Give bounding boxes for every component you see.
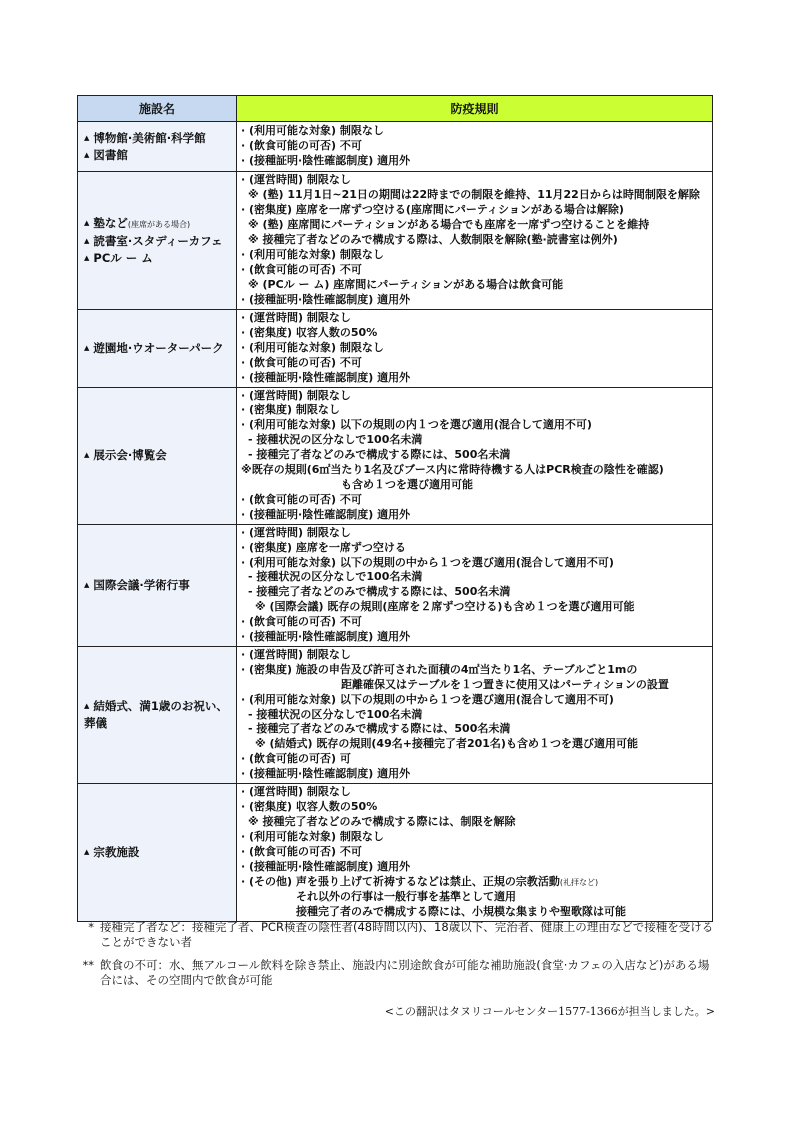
rule-line: ※既存の規則(6㎡当たり1名及びブース内に常時待機する人はPCR検査の陰性を確認… — [241, 463, 708, 478]
rule-text: ※ (結婚式) 既存の規則(49名+接種完了者201名)も含め１つを選び適用可能 — [255, 737, 638, 750]
facility-name: ▲図書館 — [84, 147, 236, 164]
rule-text: - 接種完了者などのみで構成する際には、500名未満 — [248, 585, 510, 598]
rule-text: ※既存の規則(6㎡当たり1名及びブース内に常時待機する人はPCR検査の陰性を確認… — [241, 463, 664, 476]
table-row: ▲国際会議·学術行事· (運営時間) 制限なし· (密集度) 座席を一席ずつ空け… — [78, 524, 713, 646]
rule-text: · (運営時間) 制限なし — [241, 389, 351, 402]
rule-text: · (運営時間) 制限なし — [241, 785, 351, 798]
translation-credit: <この翻訳はタヌリコールセンター1577-1366が担当しました。> — [385, 1003, 715, 1019]
rule-text: 距離確保又はテーブルを１つ置きに使用又はパーティションの設置 — [341, 678, 669, 691]
rule-text: それ以外の行事は一般行事を基準として適用 — [296, 890, 516, 903]
triangle-bullet-icon: ▲ — [84, 134, 89, 142]
rule-line: も含め１つを選び適用可能 — [241, 478, 708, 493]
triangle-bullet-icon: ▲ — [84, 254, 89, 262]
facility-label: 読書室·スタディーカフェ — [93, 234, 222, 248]
facility-label: 遊園地·ウオーターパーク — [93, 341, 223, 355]
rule-line: · (利用可能な対象) 以下の規則の中から１つを選び適用(混合して適用不可) — [241, 693, 708, 708]
facility-name: ▲遊園地·ウオーターパーク — [84, 340, 236, 357]
rule-text: · (飲食可能の可否) 不可 — [241, 356, 362, 369]
rule-line: ※ (結婚式) 既存の規則(49名+接種完了者201名)も含め１つを選び適用可能 — [241, 737, 708, 752]
rule-text: · (利用可能な対象) 制限なし — [241, 124, 384, 137]
rule-text: ※ 接種完了者などのみで構成する際は、人数制限を解除(塾·読書室は例外) — [248, 233, 618, 246]
rule-line: · (飲食可能の可否) 不可 — [241, 493, 708, 508]
facility-label: 宗教施設 — [93, 845, 139, 859]
footnote-mark: * — [78, 920, 94, 950]
rule-line: · (飲食可能の可否) 可 — [241, 752, 708, 767]
footnotes: * 接種完了者など：接種完了者、PCR検査の陰性者(48時間以内)、18歳以下、… — [78, 920, 718, 996]
rule-text: · (飲食可能の可否) 不可 — [241, 493, 362, 506]
rule-text: · (飲食可能の可否) 可 — [241, 752, 351, 765]
rule-text: - 接種完了者などのみで構成する際には、500名未満 — [248, 722, 510, 735]
facility-name: ▲読書室·スタディーカフェ — [84, 233, 236, 250]
facility-cell: ▲博物館·美術館·科学館▲図書館 — [78, 122, 237, 172]
facility-name: ▲展示会·博覧会 — [84, 447, 236, 464]
rule-text: - 接種完了者などのみで構成する際には、500名未満 — [248, 448, 510, 461]
table-header-row: 施設名 防疫規則 — [78, 96, 713, 122]
rule-line: · (飲食可能の可否) 不可 — [241, 845, 708, 860]
triangle-bullet-icon: ▲ — [84, 344, 89, 352]
rule-line: - 接種完了者などのみで構成する際には、500名未満 — [241, 448, 708, 463]
rule-text: · (接種証明·陰性確認制度) 適用外 — [241, 154, 410, 167]
table-row: ▲博物館·美術館·科学館▲図書館· (利用可能な対象) 制限なし· (飲食可能の… — [78, 122, 713, 172]
facility-name: ▲博物館·美術館·科学館 — [84, 130, 236, 147]
rule-line: · (接種証明·陰性確認制度) 適用外 — [241, 508, 708, 523]
rule-text: · (接種証明·陰性確認制度) 適用外 — [241, 508, 410, 521]
rule-line: · (飲食可能の可否) 不可 — [241, 356, 708, 371]
rule-line: · (密集度) 施設の申告及び許可された面積の4㎡当たり1名、テーブルごと1mの — [241, 663, 708, 678]
facility-name: ▲塾など(座席がある場合) — [84, 215, 236, 233]
triangle-bullet-icon: ▲ — [84, 219, 89, 227]
rule-line: · (密集度) 座席を一席ずつ空ける(座席間にパーティションがある場合は解除) — [241, 203, 708, 218]
rule-text: · (飲食可能の可否) 不可 — [241, 615, 362, 628]
rule-line: · (接種証明·陰性確認制度) 適用外 — [241, 860, 708, 875]
table-row: ▲展示会·博覧会· (運営時間) 制限なし· (密集度) 制限なし· (利用可能… — [78, 387, 713, 524]
table-row: ▲塾など(座席がある場合)▲読書室·スタディーカフェ▲PCル ー ム· (運営時… — [78, 172, 713, 310]
rule-line: 距離確保又はテーブルを１つ置きに使用又はパーティションの設置 — [241, 678, 708, 693]
rule-text: 接種完了者のみで構成する際には、小規模な集まりや聖歌隊は可能 — [296, 905, 626, 918]
rule-line: それ以外の行事は一般行事を基準として適用 — [241, 890, 708, 905]
rule-text: ※ 接種完了者などのみで構成する際には、制限を解除 — [248, 815, 516, 828]
footnote-vaccinated: * 接種完了者など：接種完了者、PCR検査の陰性者(48時間以内)、18歳以下、… — [78, 920, 718, 950]
facility-label: 塾など — [93, 216, 128, 230]
rule-text: ※ (国際会議) 既存の規則(座席を２席ずつ空ける)も含め１つを選び適用可能 — [255, 600, 634, 613]
triangle-bullet-icon: ▲ — [84, 848, 89, 856]
rule-line: · (利用可能な対象) 制限なし — [241, 830, 708, 845]
rule-line: · (接種証明·陰性確認制度) 適用外 — [241, 293, 708, 308]
facility-label: 展示会·博覧会 — [93, 448, 166, 462]
facility-cell: ▲宗教施設 — [78, 784, 237, 922]
rule-line: ※ (塾) 座席間にパーティションがある場合でも座席を一席ずつ空けることを維持 — [241, 218, 708, 233]
rule-text: · (利用可能な対象) 以下の規則の内１つを選び適用(混合して適用不可) — [241, 418, 592, 431]
triangle-bullet-icon: ▲ — [84, 581, 89, 589]
rule-line: ※ (塾) 11月1日~21日の期間は22時までの制限を維持、11月22日からは… — [241, 188, 708, 203]
rule-text: ※ (PCル ー ム) 座席間にパーティションがある場合は飲食可能 — [248, 278, 563, 291]
rule-text: · (密集度) 収容人数の50% — [241, 326, 377, 339]
rule-line: · (運営時間) 制限なし — [241, 173, 708, 188]
facility-name: ▲PCル ー ム — [84, 250, 236, 267]
rule-text: ※ (塾) 11月1日~21日の期間は22時までの制限を維持、11月22日からは… — [248, 188, 700, 201]
rules-cell: · (運営時間) 制限なし· (密集度) 施設の申告及び許可された面積の4㎡当た… — [237, 646, 713, 783]
rule-line: · (飲食可能の可否) 不可 — [241, 263, 708, 278]
rule-line: · (利用可能な対象) 制限なし — [241, 248, 708, 263]
rule-text: · (運営時間) 制限なし — [241, 526, 351, 539]
rule-text: · (運営時間) 制限なし — [241, 173, 351, 186]
rule-line: ※ 接種完了者などのみで構成する際は、人数制限を解除(塾·読書室は例外) — [241, 233, 708, 248]
rule-line: - 接種状況の区分なしで100名未満 — [241, 570, 708, 585]
rule-line: - 接種状況の区分なしで100名未満 — [241, 708, 708, 723]
facility-name: ▲国際会議·学術行事 — [84, 577, 236, 594]
rule-text: · (接種証明·陰性確認制度) 適用外 — [241, 293, 410, 306]
rules-cell: · (運営時間) 制限なし· (密集度) 制限なし· (利用可能な対象) 以下の… — [237, 387, 713, 524]
rule-line: · (密集度) 収容人数の50% — [241, 800, 708, 815]
rule-line: · (接種証明·陰性確認制度) 適用外 — [241, 630, 708, 645]
rule-text: · (利用可能な対象) 以下の規則の中から１つを選び適用(混合して適用不可) — [241, 693, 614, 706]
rule-text: · (運営時間) 制限なし — [241, 648, 351, 661]
header-rules: 防疫規則 — [237, 96, 713, 122]
rule-line: ※ 接種完了者などのみで構成する際には、制限を解除 — [241, 815, 708, 830]
facility-label: 博物館·美術館·科学館 — [93, 131, 205, 145]
rule-text: · (密集度) 座席を一席ずつ空ける — [241, 541, 406, 554]
rule-text: も含め１つを選び適用可能 — [341, 478, 473, 491]
facility-cell: ▲塾など(座席がある場合)▲読書室·スタディーカフェ▲PCル ー ム — [78, 172, 237, 310]
rule-text: · (飲食可能の可否) 不可 — [241, 139, 362, 152]
header-facility: 施設名 — [78, 96, 237, 122]
rule-text: - 接種状況の区分なしで100名未満 — [248, 570, 422, 583]
rule-text: - 接種状況の区分なしで100名未満 — [248, 708, 422, 721]
rule-line: · (密集度) 収容人数の50% — [241, 326, 708, 341]
rule-text: · (接種証明·陰性確認制度) 適用外 — [241, 371, 410, 384]
footnote-text: 飲食の不可：水、無アルコール飲料を除き禁止、施設内に別途飲食が可能な補助施設(食… — [100, 958, 718, 988]
rule-text: - 接種状況の区分なしで100名未満 — [248, 433, 422, 446]
rule-line: · (運営時間) 制限なし — [241, 526, 708, 541]
rule-text: · (利用可能な対象) 制限なし — [241, 341, 384, 354]
table-row: ▲結婚式、満1歳のお祝い、葬儀· (運営時間) 制限なし· (密集度) 施設の申… — [78, 646, 713, 783]
facility-cell: ▲結婚式、満1歳のお祝い、葬儀 — [78, 646, 237, 783]
rule-text: · (その他) 声を張り上げて祈祷するなどは禁止、正規の宗教活動 — [241, 875, 560, 888]
rule-text: · (飲食可能の可否) 不可 — [241, 845, 362, 858]
facility-cell: ▲国際会議·学術行事 — [78, 524, 237, 646]
rule-line: - 接種状況の区分なしで100名未満 — [241, 433, 708, 448]
rule-line: · (飲食可能の可否) 不可 — [241, 139, 708, 154]
rules-cell: · (運営時間) 制限なし· (密集度) 収容人数の50%· (利用可能な対象)… — [237, 310, 713, 388]
rule-line: · (飲食可能の可否) 不可 — [241, 615, 708, 630]
rule-text: · (利用可能な対象) 制限なし — [241, 830, 384, 843]
footnote-mark: ** — [72, 958, 94, 988]
rule-line: ※ (PCル ー ム) 座席間にパーティションがある場合は飲食可能 — [241, 278, 708, 293]
rule-line: · (利用可能な対象) 以下の規則の中から１つを選び適用(混合して適用不可) — [241, 556, 708, 571]
rule-line: · (密集度) 制限なし — [241, 403, 708, 418]
facility-label: 図書館 — [93, 148, 128, 162]
facility-name: ▲結婚式、満1歳のお祝い、葬儀 — [84, 698, 236, 732]
facility-name: ▲宗教施設 — [84, 844, 236, 861]
rules-cell: · (運営時間) 制限なし※ (塾) 11月1日~21日の期間は22時までの制限… — [237, 172, 713, 310]
facility-label: 国際会議·学術行事 — [93, 578, 189, 592]
rule-text: · (運営時間) 制限なし — [241, 311, 351, 324]
rule-text: · (飲食可能の可否) 不可 — [241, 263, 362, 276]
rule-line: · (運営時間) 制限なし — [241, 389, 708, 404]
rule-text: · (利用可能な対象) 制限なし — [241, 248, 384, 261]
rule-line: · (密集度) 座席を一席ずつ空ける — [241, 541, 708, 556]
rule-line: · (運営時間) 制限なし — [241, 311, 708, 326]
rule-text: · (密集度) 制限なし — [241, 403, 340, 416]
rule-line: · (利用可能な対象) 以下の規則の内１つを選び適用(混合して適用不可) — [241, 418, 708, 433]
triangle-bullet-icon: ▲ — [84, 151, 89, 159]
rule-line: 接種完了者のみで構成する際には、小規模な集まりや聖歌隊は可能 — [241, 905, 708, 920]
table-row: ▲宗教施設· (運営時間) 制限なし· (密集度) 収容人数の50%※ 接種完了… — [78, 784, 713, 922]
facility-cell: ▲遊園地·ウオーターパーク — [78, 310, 237, 388]
table-row: ▲遊園地·ウオーターパーク· (運営時間) 制限なし· (密集度) 収容人数の5… — [78, 310, 713, 388]
rule-line: ※ (国際会議) 既存の規則(座席を２席ずつ空ける)も含め１つを選び適用可能 — [241, 600, 708, 615]
footnote-text: 接種完了者など：接種完了者、PCR検査の陰性者(48時間以内)、18歳以下、完治… — [100, 920, 718, 950]
triangle-bullet-icon: ▲ — [84, 702, 89, 710]
rule-line: - 接種完了者などのみで構成する際には、500名未満 — [241, 722, 708, 737]
triangle-bullet-icon: ▲ — [84, 451, 89, 459]
triangle-bullet-icon: ▲ — [84, 237, 89, 245]
rule-line: · (接種証明·陰性確認制度) 適用外 — [241, 767, 708, 782]
facility-label: PCル ー ム — [93, 251, 152, 265]
rule-line: · (運営時間) 制限なし — [241, 785, 708, 800]
rule-line: · (その他) 声を張り上げて祈祷するなどは禁止、正規の宗教活動(礼拝など) — [241, 875, 708, 891]
footnote-no-eating: ** 飲食の不可：水、無アルコール飲料を除き禁止、施設内に別途飲食が可能な補助施… — [78, 958, 718, 988]
rule-line: · (運営時間) 制限なし — [241, 648, 708, 663]
rule-line: · (利用可能な対象) 制限なし — [241, 124, 708, 139]
rule-text: · (利用可能な対象) 以下の規則の中から１つを選び適用(混合して適用不可) — [241, 556, 614, 569]
facility-note: (座席がある場合) — [128, 220, 190, 229]
rule-line: · (接種証明·陰性確認制度) 適用外 — [241, 371, 708, 386]
rules-cell: · (利用可能な対象) 制限なし· (飲食可能の可否) 不可· (接種証明·陰性… — [237, 122, 713, 172]
rule-line: · (利用可能な対象) 制限なし — [241, 341, 708, 356]
quarantine-rules-table: 施設名 防疫規則 ▲博物館·美術館·科学館▲図書館· (利用可能な対象) 制限な… — [77, 95, 713, 922]
rule-text: · (密集度) 施設の申告及び許可された面積の4㎡当たり1名、テーブルごと1mの — [241, 663, 637, 676]
rule-text: ※ (塾) 座席間にパーティションがある場合でも座席を一席ずつ空けることを維持 — [248, 218, 649, 231]
rule-text: · (接種証明·陰性確認制度) 適用外 — [241, 767, 410, 780]
facility-label: 結婚式、満1歳のお祝い、葬儀 — [84, 699, 228, 730]
rule-note: (礼拝など) — [560, 878, 598, 887]
rule-text: · (接種証明·陰性確認制度) 適用外 — [241, 860, 410, 873]
rule-text: · (密集度) 座席を一席ずつ空ける(座席間にパーティションがある場合は解除) — [241, 203, 624, 216]
rules-cell: · (運営時間) 制限なし· (密集度) 座席を一席ずつ空ける· (利用可能な対… — [237, 524, 713, 646]
facility-cell: ▲展示会·博覧会 — [78, 387, 237, 524]
rule-line: · (接種証明·陰性確認制度) 適用外 — [241, 154, 708, 169]
rule-text: · (密集度) 収容人数の50% — [241, 800, 377, 813]
rule-text: · (接種証明·陰性確認制度) 適用外 — [241, 630, 410, 643]
rule-line: - 接種完了者などのみで構成する際には、500名未満 — [241, 585, 708, 600]
rules-cell: · (運営時間) 制限なし· (密集度) 収容人数の50%※ 接種完了者などのみ… — [237, 784, 713, 922]
